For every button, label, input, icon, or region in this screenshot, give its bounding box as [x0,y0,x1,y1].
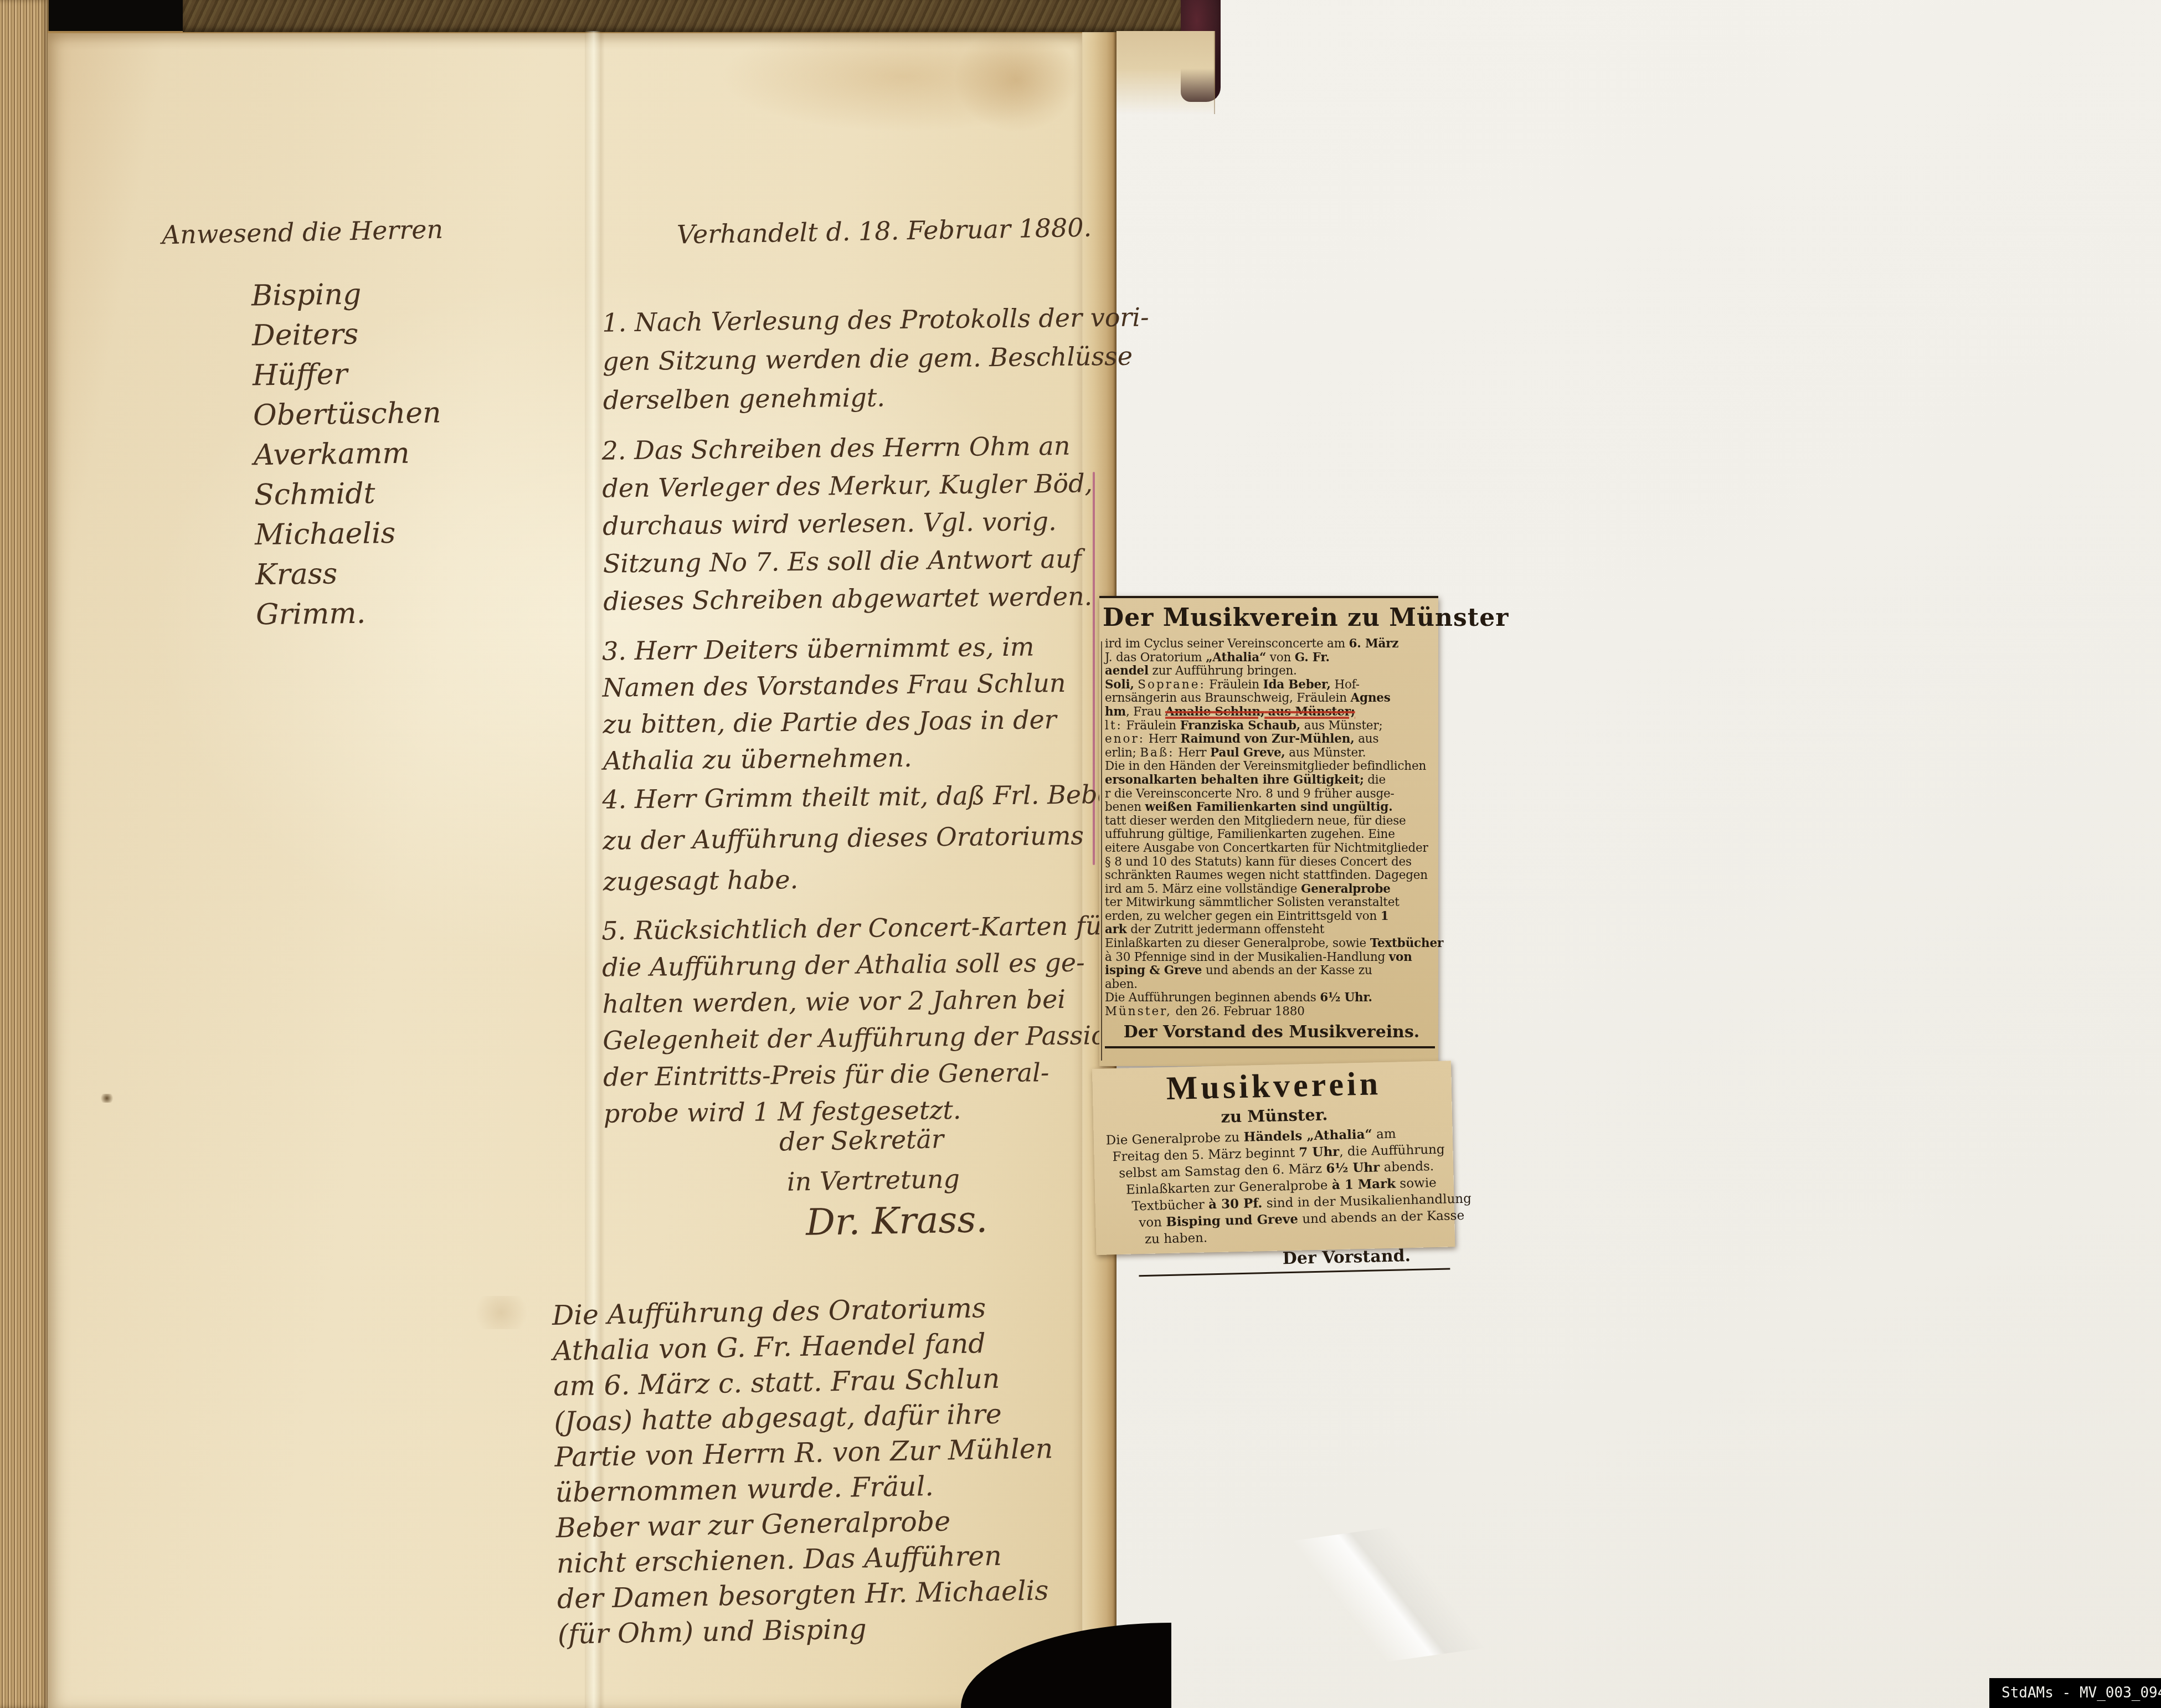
newspaper-clipping-2: Musikverein zu Münster. Die Generalprobe… [1092,1061,1455,1255]
clipping-text: J. das Oratorium [1105,651,1206,665]
clipping-text: 6½ Uhr. [1320,991,1372,1005]
handwritten-line: durchaus wird verlesen. Vgl. vorig. [603,502,1096,544]
clipping-text: aendel [1105,664,1149,678]
protocol-paragraph: 3. Herr Deiters übernimmt es, imNamen de… [602,627,1097,779]
handwritten-line: zu bitten, die Partie des Joas in der [603,701,1096,742]
clipping-line: enor: Herr Raimund von Zur-Mühlen, aus [1105,733,1438,747]
clipping-text: Agnes [1351,691,1391,705]
clipping-text: eitere Ausgabe von Concertkarten für Nic… [1105,841,1428,855]
clipping-text: ird am 5. März eine vollständige [1105,882,1301,896]
clipping-text: Ida Beber, [1263,678,1331,692]
clipping-text: tatt dieser werden den Mitgliedern neue,… [1105,814,1406,828]
attendee-name: Krass [255,553,444,595]
handwritten-line: 2. Das Schreiben des Herrn Ohm an [601,426,1095,469]
clipping-line: aben. [1105,978,1438,992]
clipping-line: Einlaßkarten zu dieser Generalprobe, sow… [1105,937,1438,951]
clipping-text: Soli, [1105,678,1134,692]
clipping-text: weißen Familienkarten sind ungültig. [1145,800,1393,814]
clipping1-rule [1105,1046,1435,1048]
protocol-paragraph: 1. Nach Verlesung des Protokolls der vor… [602,298,1096,419]
postscript-note: Die Aufführung des OratoriumsAthalia von… [552,1289,1056,1653]
clipping-text: Generalprobe [1301,882,1391,896]
clipping-text: Soprane: [1138,678,1205,692]
clipping-text: Herr [1175,746,1211,760]
handwritten-line: 4. Herr Grimm theilt mit, daß Frl. Beber [602,774,1095,820]
clipping-line: isping & Greve und abends an der Kasse z… [1105,964,1438,978]
clipping-text: die [1364,773,1386,787]
clipping-text: abends. [1380,1159,1434,1175]
clipping-text: à 1 Mark [1332,1176,1396,1193]
clipping-text: lt: [1105,719,1123,733]
clipping-text: isping & Greve [1105,964,1202,978]
handwritten-line: Namen des Vorstandes Frau Schlun [602,664,1095,706]
clipping-text: Die in den Händen der Vereinsmitglieder … [1105,759,1426,773]
clipping-text: Baß: [1140,746,1174,760]
handwritten-line: Sitzung No 7. Es soll die Antwort auf [603,539,1096,582]
clipping-line: lt: Fräulein Franziska Schaub, aus Münst… [1105,719,1438,733]
attendee-name: Michaelis [255,513,443,555]
clipping-line: schränkten Raumes wegen nicht stattfinde… [1105,869,1438,883]
clipping-text: ark [1105,923,1127,937]
clipping1-signoff: Der Vorstand des Musikvereins. [1105,1022,1438,1042]
red-pencil-marked-text: Amalie Schlun, [1165,705,1264,719]
handwritten-line: den Verleger des Merkur, Kugler Böd, [602,464,1095,507]
handwritten-line: derselben genehmigt. [603,375,1096,419]
clipping-line: à 30 Pfennige sind in der Musikalien-Han… [1105,951,1438,965]
clipping-text: 1 [1381,909,1389,923]
clipping1-headline: Der Musikverein zu Münster [1103,604,1438,632]
clipping-text: Franziska Schaub, [1180,719,1301,733]
clipping-text: r die Vereinsconcerte Nro. 8 und 9 frühe… [1105,787,1395,801]
attendee-name: Grimm. [256,593,444,635]
attendee-name: Bisping [251,274,439,316]
handwritten-line: 5. Rücksichtlich der Concert-Karten für [601,907,1095,949]
book-page-edges [0,0,49,1708]
clipping-line: Münster, den 26. Februar 1880 [1105,1005,1438,1019]
clipping-text: ersonalkarten behalten ihre Gültigkeit; [1105,773,1364,787]
clipping-line: Soli, Soprane: Fräulein Ida Beber, Hof- [1105,678,1438,692]
handwritten-line: 3. Herr Deiters übernimmt es, im [602,627,1095,669]
clipping-text: Fräulein [1206,678,1263,692]
clipping-text: uffuhrung gültige, Familienkarten zugehe… [1105,827,1395,841]
clipping-line: ter Mitwirkung sämmtlicher Solisten vera… [1105,896,1438,910]
clipping-line: Die in den Händen der Vereinsmitglieder … [1105,760,1438,774]
clipping-line: J. das Oratorium „Athalia“ von G. Fr. [1105,651,1438,665]
attendee-name: Deiters [251,313,440,356]
clipping-text: Einlaßkarten zu dieser Generalprobe, sow… [1105,937,1370,950]
clipping-line: ernsängerin aus Braunschweig, Fräulein A… [1105,692,1438,706]
signature-line: der Sekretär [779,1124,944,1156]
clipping-text: den 26. Februar 1880 [1172,1005,1305,1018]
handwritten-line: Athalia zu übernehmen. [603,737,1097,779]
clipping-text: Textbücher [1370,937,1443,950]
clipping-line: r die Vereinsconcerte Nro. 8 und 9 frühe… [1105,788,1438,801]
clipping2-headline: Musikverein [1095,1063,1452,1109]
clipping-line: ark der Zutritt jedermann offensteht [1105,923,1438,937]
archive-reference-label: StdAMs - MV_003_094 [1989,1678,2161,1708]
clipping-text: Die Aufführungen beginnen abends [1105,991,1320,1005]
attendee-name: Averkamm [254,433,442,476]
clipping-text: hm [1105,705,1126,719]
clipping-line: aendel zur Aufführung bringen. [1105,665,1438,678]
clipping-text: Münster, [1105,1005,1172,1018]
clipping-text: aus Münster; [1300,719,1382,733]
clipping-text: 7 Uhr [1299,1144,1340,1160]
clipping-text: zur Aufführung bringen. [1149,664,1297,678]
clipping-text: 6½ Uhr [1326,1160,1380,1176]
clipping-text: Händels „Athalia“ [1243,1127,1372,1145]
handwritten-line: der Eintritts-Preis für die General- [603,1053,1097,1095]
protocol-paragraph: 5. Rücksichtlich der Concert-Karten fürd… [601,907,1097,1131]
clipping-text: schränkten Raumes wegen nicht stattfinde… [1105,868,1428,882]
clipping-text: ird im Cyclus seiner Vereinsconcerte am [1105,637,1349,651]
clipping-text: Textbücher [1131,1197,1208,1213]
paper-stain [471,1296,532,1329]
clipping-line: ird am 5. März eine vollständige General… [1105,883,1438,897]
clipping-text: à 30 Pfennige sind in der Musikalien-Han… [1105,950,1389,964]
clipping-line: erlin; Baß: Herr Paul Greve, aus Münster… [1105,747,1438,760]
clipping-text: , Frau [1126,705,1165,719]
handwritten-line: gen Sitzung werden die gem. Beschlüsse [603,337,1096,380]
clipping-text: von [1139,1215,1166,1230]
clipping-text: Paul Greve, [1210,746,1285,760]
clipping-text: Herr [1145,732,1181,746]
clipping-text: Die Generalprobe zu [1106,1130,1244,1148]
clipping-text: à 30 Pf. [1208,1196,1263,1212]
signature-line: in Vertretung [787,1164,960,1196]
attendance-heading: Anwesend die Herren [161,214,443,250]
clipping-text: § 8 und 10 des Statuts) kann für dieses … [1105,855,1412,869]
clipping-text: erlin; [1105,746,1140,760]
clipping-line: uffuhrung gültige, Familienkarten zugehe… [1105,828,1438,842]
clipping-text: zu haben. [1145,1231,1208,1247]
handwritten-line: zugesagt habe. [603,856,1096,902]
clipping-text: am [1372,1127,1396,1142]
clipping-text: und abends an der Kasse zu [1202,964,1372,978]
clipping-text: aben. [1105,978,1138,991]
clipping-text: Raimund von Zur-Mühlen, [1181,732,1355,746]
clipping-text: ernsängerin aus Braunschweig, Fräulein [1105,691,1351,705]
clipping-line: ird im Cyclus seiner Vereinsconcerte am … [1105,637,1438,651]
clipping-text: aus [1355,732,1379,746]
handwritten-line: dieses Schreiben abgewartet werden. [603,577,1097,620]
clipping-text: Hof- [1331,678,1360,692]
clipping-text: und abends an der Kasse [1298,1208,1465,1227]
handwritten-line: Gelegenheit der Aufführung der Passion. [603,1017,1096,1058]
clipping-text: Fräulein [1123,719,1180,733]
clipping-line: ersonalkarten behalten ihre Gültigkeit; … [1105,774,1438,788]
clipping-text: enor: [1105,732,1145,746]
clipping-line: hm, Frau Amalie Schlun, aus Münster; [1105,706,1438,719]
clipping2-signoff: Der Vorstand. [1282,1245,1455,1268]
paper-speck [100,1094,114,1103]
clipping-text: „Athalia“ [1206,651,1266,665]
protocol-paragraph: 4. Herr Grimm theilt mit, daß Frl. Beber… [602,774,1096,902]
attendee-name: Hüffer [253,353,441,396]
clipping-text: ter Mitwirkung sämmtlicher Solisten vera… [1105,896,1399,909]
attendee-list: BispingDeitersHüfferObertüschenAverkammS… [251,274,444,635]
book-binding-top [183,0,1217,32]
red-pencil-marked-text: aus Münster; [1268,705,1355,719]
clipping1-body: ird im Cyclus seiner Vereinsconcerte am … [1105,637,1438,1019]
red-pencil-marked-text [1264,705,1268,719]
clipping-text: benen [1105,800,1145,814]
clipping-line: Die Aufführungen beginnen abends 6½ Uhr. [1105,991,1438,1005]
clipping-text: der Zutritt jedermann offensteht [1127,923,1325,937]
newspaper-clipping-1: Der Musikverein zu Münster ird im Cyclus… [1099,596,1438,1066]
clipping2-body: Die Generalprobe zu Händels „Athalia“ am… [1097,1124,1455,1249]
clipping-text: von [1389,950,1412,964]
page-corner-edge [1116,31,1215,114]
clipping-line: eitere Ausgabe von Concertkarten für Nic… [1105,842,1438,856]
protocol-paragraph: 2. Das Schreiben des Herrn Ohm anden Ver… [601,426,1097,620]
handwritten-line: 1. Nach Verlesung des Protokolls der vor… [602,298,1095,342]
clipping-text: von [1266,651,1295,665]
signature-line: Dr. Krass. [805,1198,987,1244]
paper-stain [941,33,1091,150]
handwritten-line: halten werden, wie vor 2 Jahren bei [602,980,1095,1022]
clipping-text: Bisping und Greve [1166,1212,1298,1229]
clipping-line: erden, zu welcher gegen ein Eintrittsgel… [1105,910,1438,924]
attendee-name: Obertüschen [253,393,441,436]
clipping-text: , die Aufführung [1339,1143,1445,1159]
clipping-text: sowie [1396,1176,1437,1191]
clipping-text: erden, zu welcher gegen ein Eintrittsgel… [1105,909,1381,923]
column-rule [1101,641,1102,1061]
clipping-line: benen weißen Familienkarten sind ungülti… [1105,801,1438,815]
handwritten-line: die Aufführung der Athalia soll es ge- [602,944,1095,985]
handwritten-line: zu der Aufführung dieses Oratoriums [603,815,1096,861]
attendee-name: Schmidt [254,473,443,516]
clipping-text: aus Münster. [1285,746,1366,760]
archival-scan: Anwesend die Herren BispingDeitersHüffer… [0,0,2161,1708]
clipping-text: G. Fr. [1295,651,1330,665]
clipping-line: § 8 und 10 des Statuts) kann für dieses … [1105,856,1438,870]
clipping-text: 6. März [1349,637,1399,651]
clipping-line: tatt dieser werden den Mitgliedern neue,… [1105,815,1438,829]
